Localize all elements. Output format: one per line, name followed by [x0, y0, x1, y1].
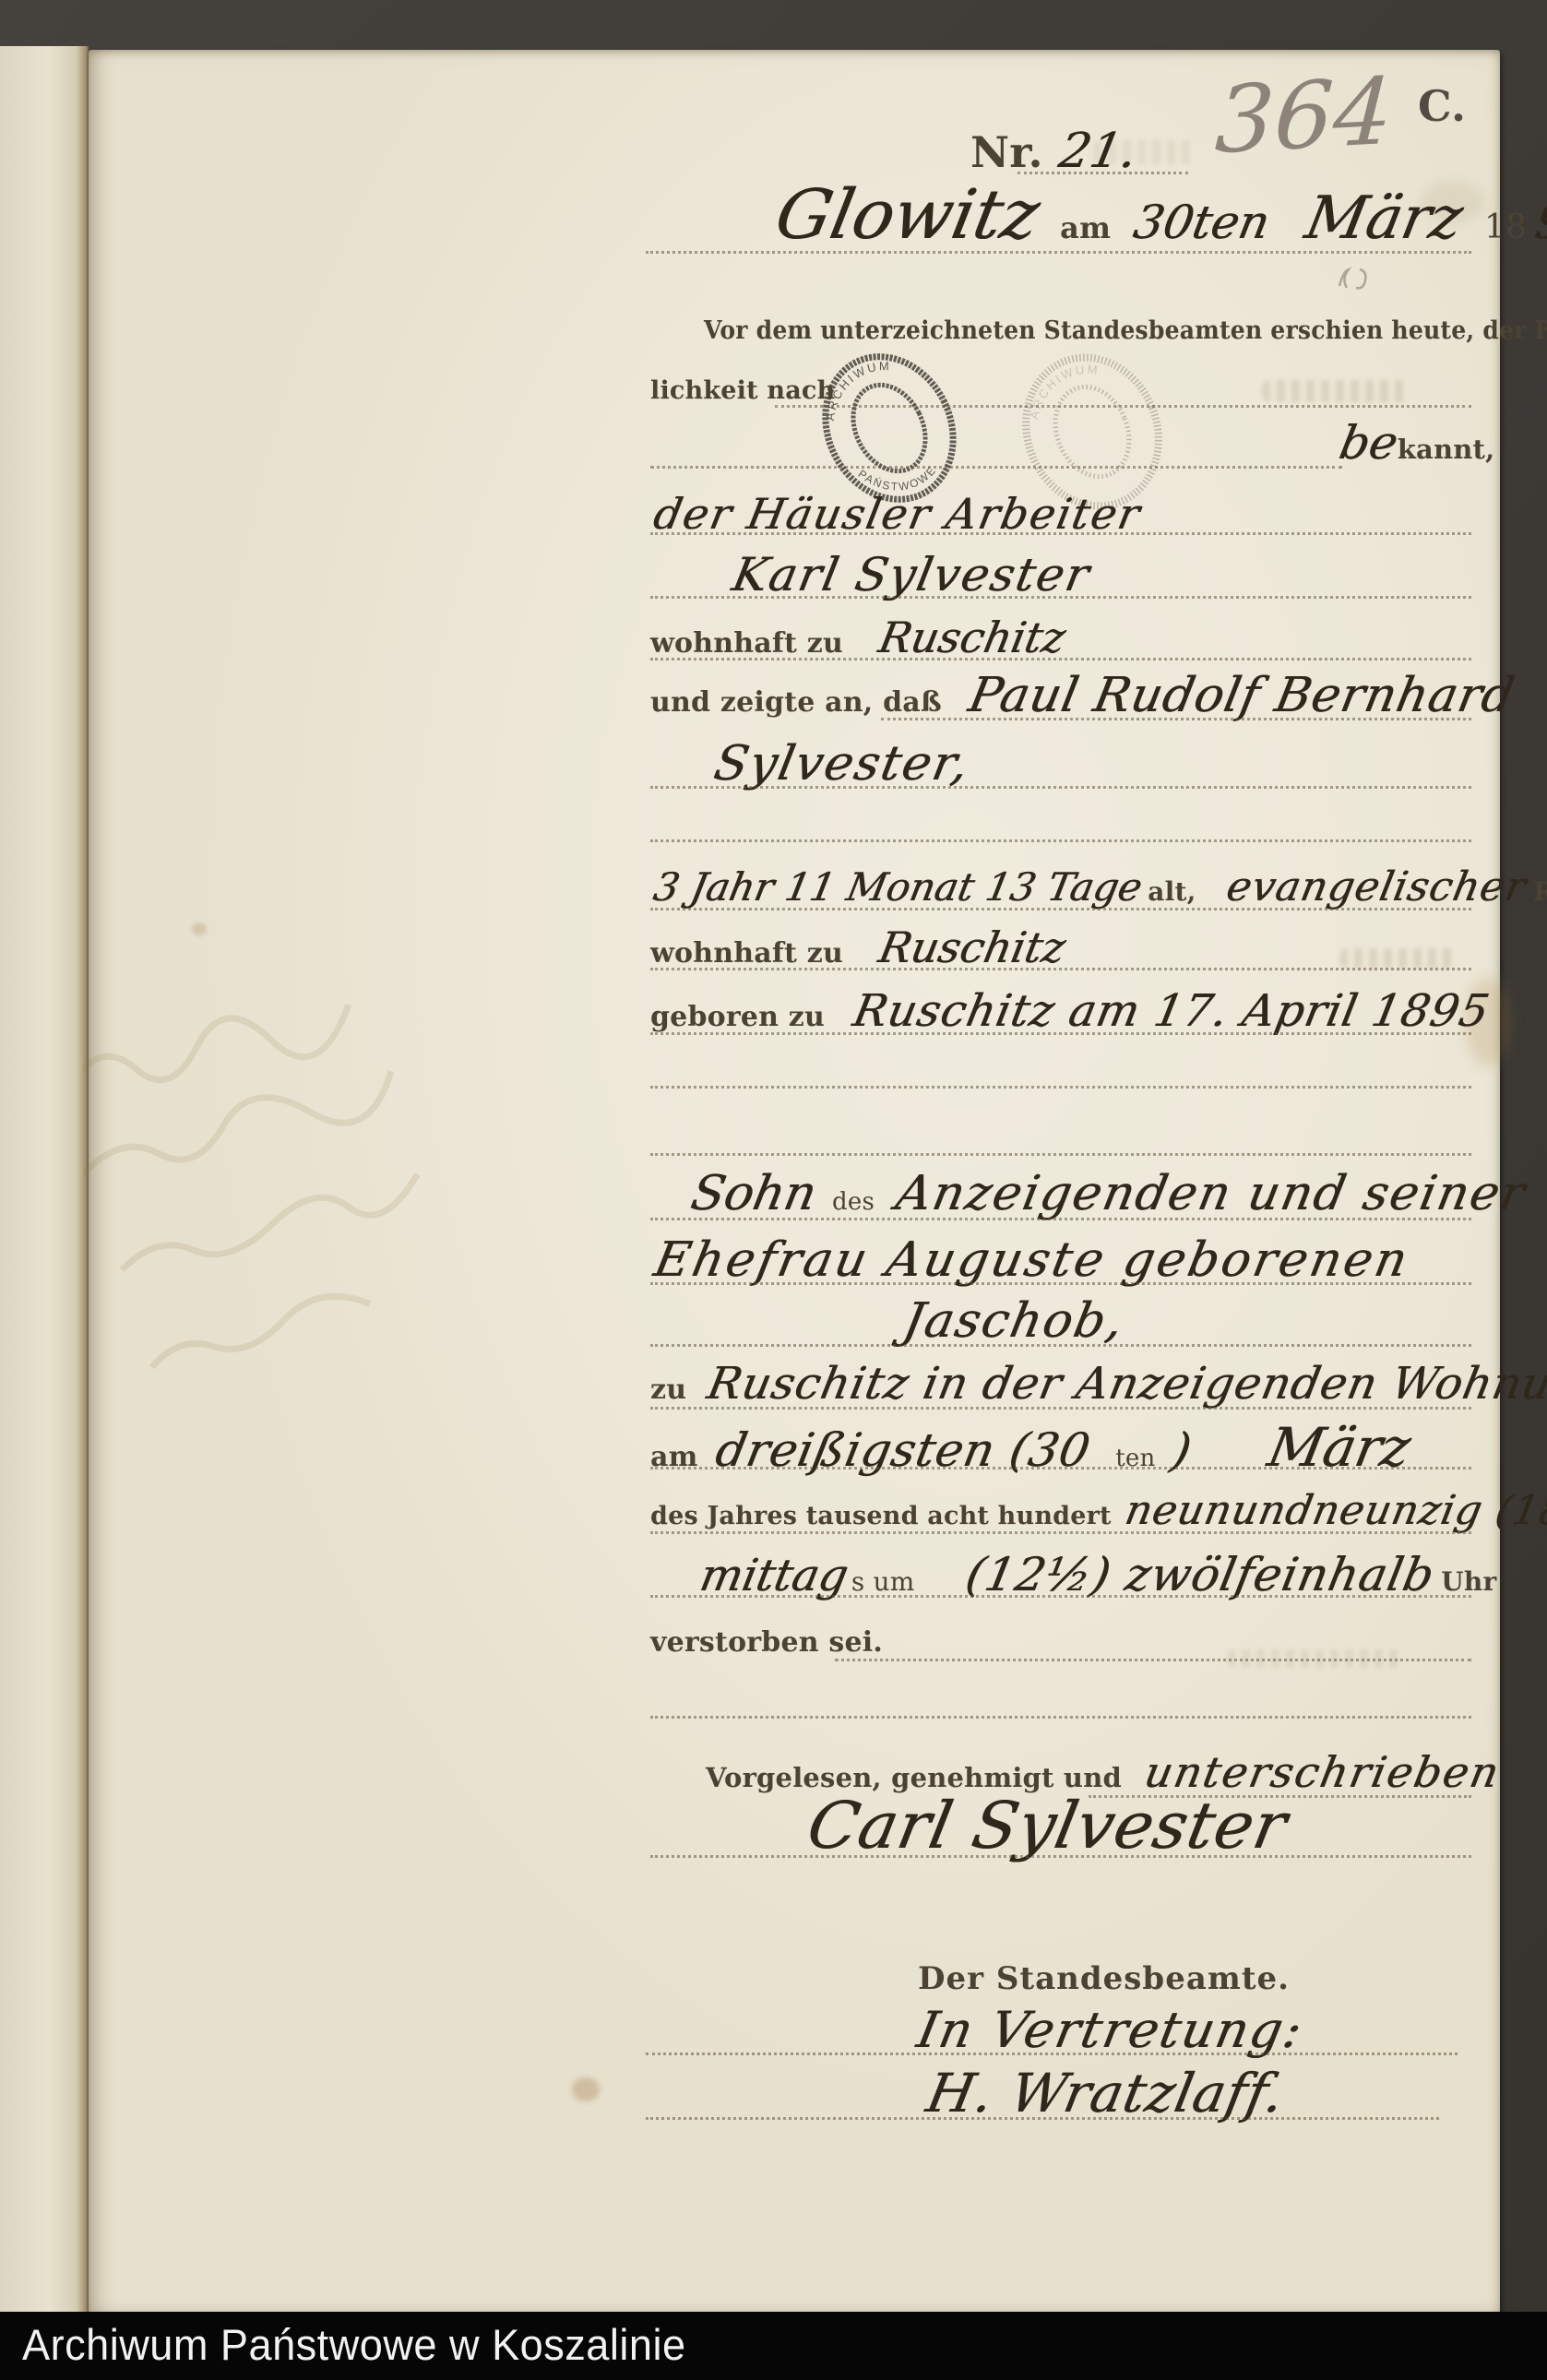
registrar-title: Der Standesbeamte.: [918, 1963, 1290, 1994]
residence1-row: wohnhaft zu Ruschitz: [650, 616, 1061, 659]
pencil-folio-number: 364: [1213, 65, 1395, 167]
place-name: Glowitz: [770, 181, 1044, 249]
bleedthrough-text-blob: [1262, 380, 1410, 402]
birth-label: geboren zu: [650, 1001, 825, 1033]
residence2-row: wohnhaft zu Ruschitz: [650, 926, 1061, 969]
declarant-name: Karl Sylvester: [729, 552, 1094, 598]
des-printed: des: [832, 1188, 875, 1216]
dotted-rule: [650, 1086, 1471, 1089]
dotted-rule: [650, 1032, 1471, 1035]
report-row: und zeigte an, daß Paul Rudolf Bernhard: [650, 672, 1509, 720]
age-row: 3 Jahr 11 Monat 13 Tage alt, evangelisch…: [650, 867, 1547, 908]
month-value: März: [1301, 189, 1467, 248]
intro-line2: lichkeit nach: [650, 378, 835, 403]
birth-value: Ruschitz am 17. April 1895: [850, 989, 1493, 1033]
dotted-rule: [650, 1855, 1471, 1858]
known-printed: kannt,: [1398, 434, 1495, 465]
dotted-rule: [650, 1344, 1471, 1347]
pencil-smudge: [1328, 258, 1393, 304]
deceased-given-names: Paul Rudolf Bernhard: [965, 672, 1518, 720]
dotted-rule: [650, 1531, 1471, 1534]
dotted-rule: [835, 1659, 1471, 1661]
uhr-label: Uhr: [1441, 1566, 1496, 1597]
age-value: 3 Jahr 11 Monat 13 Tage: [650, 868, 1145, 907]
religion-value: evangelischer: [1223, 867, 1529, 908]
dotted-rule: [650, 1467, 1471, 1470]
registrar-deputy-note: In Vertretung:: [913, 2005, 1307, 2055]
archive-caption-bar: Archiwum Państwowe w Koszalinie: [0, 2312, 1547, 2380]
declarant-occupation: der Häusler Arbeiter: [650, 493, 1145, 535]
dotted-rule: [650, 908, 1471, 910]
bleedthrough-ghost-writing: [83, 959, 470, 1439]
nr-label: Nr.: [970, 127, 1043, 177]
dotted-rule: [650, 658, 1471, 660]
fox-stain: [572, 2077, 600, 2101]
day-value: 30ten: [1130, 199, 1273, 245]
parent-row1: Sohn des Anzeigenden und seiner: [687, 1170, 1521, 1218]
series-letter: C.: [1418, 85, 1466, 127]
dotted-rule: [650, 532, 1471, 535]
am-label: am: [1060, 210, 1111, 245]
deceased-surname: Sylvester,: [710, 740, 974, 788]
year-written: 99.: [1531, 196, 1547, 246]
dotted-rule: [646, 251, 1471, 254]
dotted-rule: [650, 786, 1471, 789]
dotted-rule: [646, 2053, 1458, 2055]
death-place-row: zu Ruschitz in der Anzeigenden Wohnung: [650, 1362, 1547, 1406]
dotted-rule: [650, 1716, 1471, 1719]
known-row: be kannt,: [1336, 420, 1494, 466]
dotted-rule: [650, 1595, 1471, 1598]
known-hand: be: [1336, 420, 1401, 466]
death-place-label: zu: [650, 1374, 686, 1406]
death-year-label: des Jahres tausend acht hundert: [650, 1502, 1112, 1530]
nr-value: 21.: [1055, 127, 1141, 175]
dotted-rule: [650, 466, 1342, 469]
death-year-value: neunundneunzig (1899): [1122, 1491, 1547, 1531]
son-hand: Sohn: [687, 1170, 820, 1218]
residence2-value: Ruschitz: [875, 926, 1069, 969]
dotted-rule: [650, 1218, 1471, 1220]
fox-stain: [192, 922, 207, 935]
year-printed: 18: [1484, 208, 1527, 246]
declarant-signature: Carl Sylvester: [803, 1793, 1292, 1858]
mother-maiden-name: Jaschob,: [899, 1297, 1128, 1345]
record-number-row: Nr. 21.: [970, 127, 1131, 175]
parent-row2: Ehefrau Auguste geborenen: [650, 1236, 1413, 1284]
dotted-rule: [775, 405, 1471, 408]
dotted-rule: [881, 718, 1471, 720]
dotted-rule: [650, 968, 1471, 970]
registrar-signature: H. Wratzlaff.: [922, 2066, 1289, 2120]
dotted-rule: [650, 1153, 1471, 1156]
birth-row: geboren zu Ruschitz am 17. April 1895: [650, 989, 1484, 1033]
death-time-value: (12½) zwölfeinhalb: [962, 1552, 1438, 1598]
residence1-label: wohnhaft zu: [650, 627, 843, 660]
dotted-rule: [646, 2117, 1439, 2120]
report-label: und zeigte an, daß: [650, 686, 942, 719]
deceased-statement: verstorben sei.: [650, 1629, 883, 1657]
dotted-rule: [650, 596, 1471, 599]
dateline-row: Glowitz am 30ten März 18 99.: [770, 181, 1547, 249]
alt-label: alt,: [1148, 876, 1196, 907]
religion-label: Religion,: [1533, 876, 1547, 907]
death-place-value: Ruschitz in der Anzeigenden Wohnung: [704, 1362, 1547, 1406]
death-time-row: mittag s um (12½) zwölfeinhalb Uhr: [696, 1552, 1496, 1598]
bleedthrough-text-blob: [1339, 948, 1458, 969]
death-time-hand1: mittag: [696, 1553, 851, 1598]
dotted-rule: [650, 1282, 1471, 1285]
death-year-row: des Jahres tausend acht hundert neunundn…: [650, 1491, 1547, 1531]
archive-name: Archiwum Państwowe w Koszalinie: [22, 2312, 686, 2378]
death-time-printed1: s um: [851, 1566, 915, 1597]
residence2-label: wohnhaft zu: [650, 937, 843, 970]
dotted-rule: [1017, 172, 1188, 174]
dotted-rule: [650, 1407, 1471, 1410]
scanned-document-viewer: ARCHIWUM PAŃSTWOWE ARCHIWUM Nr. 21. 364 …: [0, 0, 1547, 2380]
previous-page-edge: [0, 46, 89, 2314]
residence1-value: Ruschitz: [875, 616, 1069, 659]
dotted-rule: [650, 839, 1471, 842]
intro-line1: Vor dem unterzeichneten Standesbeamten e…: [704, 318, 1547, 343]
parent-line1-rest: Anzeigenden und seiner: [892, 1170, 1530, 1218]
